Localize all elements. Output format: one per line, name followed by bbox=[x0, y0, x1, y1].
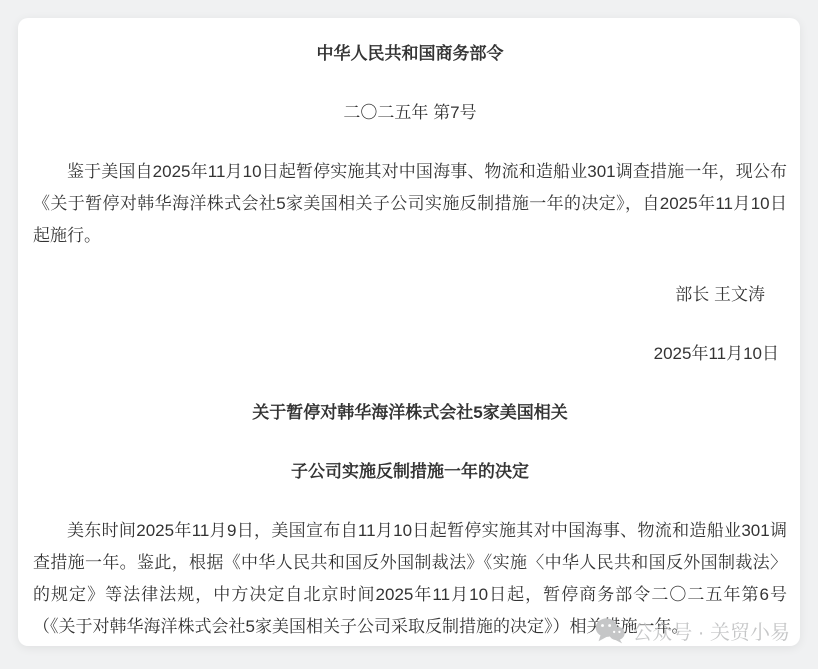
page: { "page": { "background_color": "#f0f1f2… bbox=[0, 0, 818, 669]
decision-title-line-1: 关于暂停对韩华海洋株式会社5家美国相关 bbox=[33, 397, 787, 429]
decision-title-line-2: 子公司实施反制措施一年的决定 bbox=[33, 456, 787, 488]
wechat-icon bbox=[595, 617, 625, 644]
paragraph-1: 鉴于美国自2025年11月10日起暂停实施其对中国海事、物流和造船业301调查措… bbox=[33, 156, 787, 252]
document-title: 中华人民共和国商务部令 bbox=[33, 38, 787, 70]
document-card: 中华人民共和国商务部令 二〇二五年 第7号 鉴于美国自2025年11月10日起暂… bbox=[18, 18, 800, 646]
issue-number: 二〇二五年 第7号 bbox=[33, 97, 787, 129]
watermark: 公众号 · 关贸小易 bbox=[595, 616, 790, 645]
watermark-label: 公众号 · 关贸小易 bbox=[632, 616, 790, 645]
signature: 部长 王文涛 bbox=[33, 279, 787, 311]
issue-date: 2025年11月10日 bbox=[33, 338, 787, 370]
